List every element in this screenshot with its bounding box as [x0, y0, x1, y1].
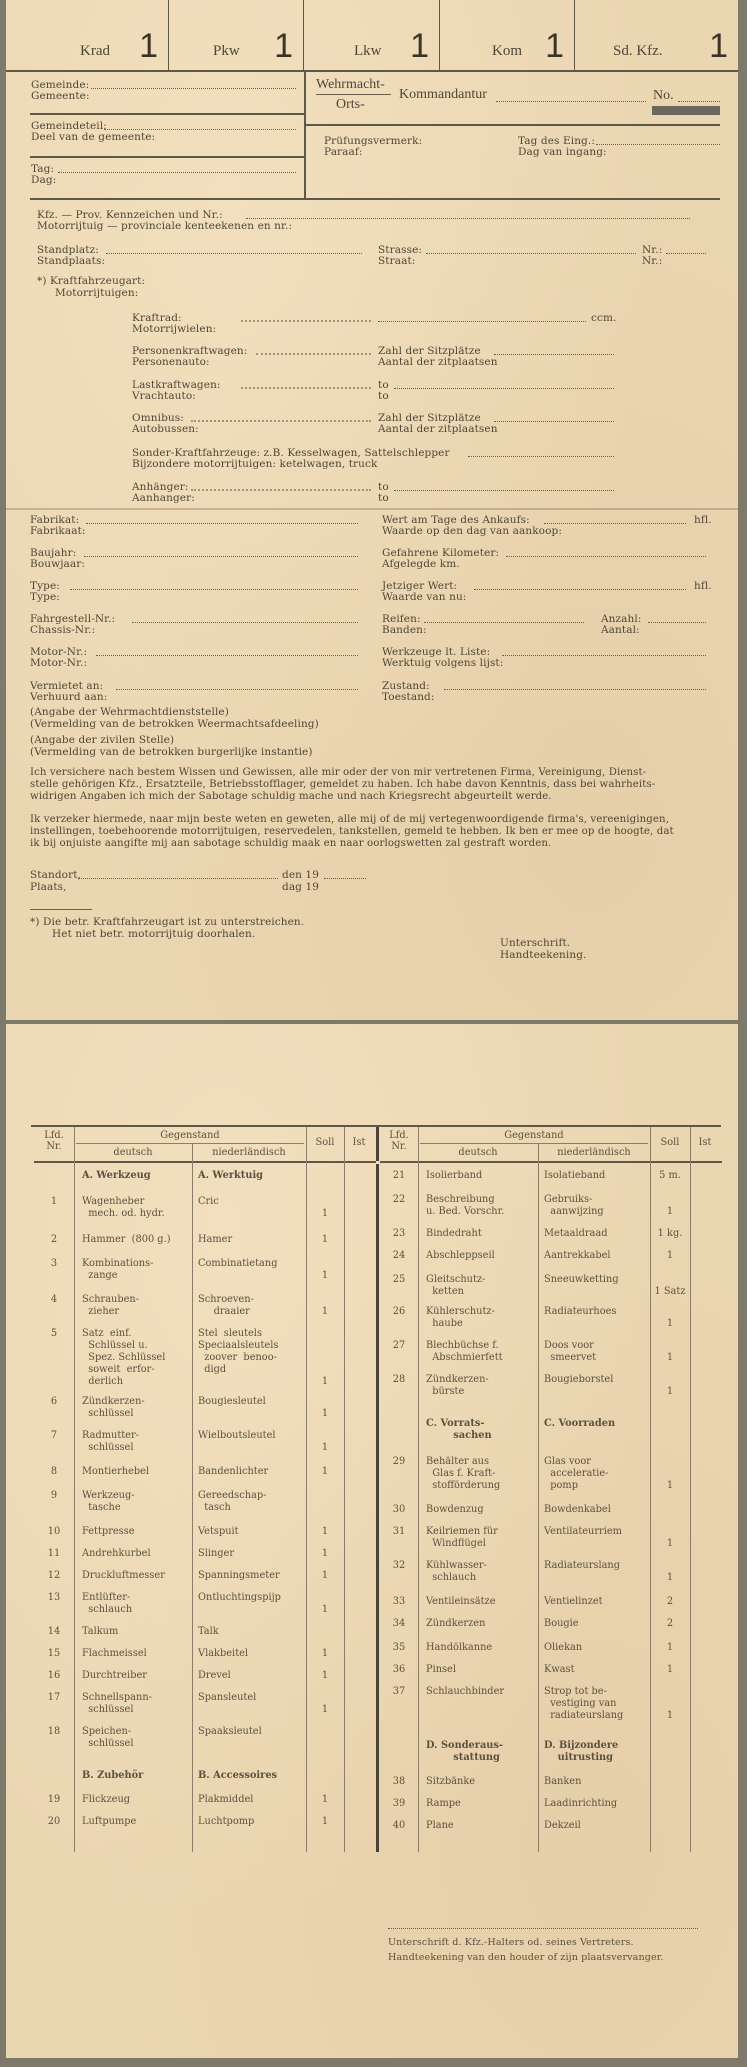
- soll-quantity[interactable]: 2: [650, 1596, 690, 1608]
- soll-quantity[interactable]: 5 m.: [650, 1170, 690, 1182]
- item-name-german: Bowdenzug: [426, 1504, 538, 1516]
- item-number: 16: [34, 1670, 74, 1682]
- vehicle-box-count[interactable]: 1: [545, 27, 564, 66]
- dag-van-ingang-label: Dag van ingang:: [518, 146, 607, 158]
- sonderkraftfahrzeuge-field[interactable]: [468, 456, 614, 457]
- item-number: 32: [380, 1560, 418, 1572]
- ist-quantity-cell[interactable]: [345, 1196, 375, 1220]
- ist-quantity-cell[interactable]: [691, 1374, 721, 1398]
- ist-quantity-cell[interactable]: [345, 1648, 375, 1660]
- strasse-field[interactable]: [426, 253, 636, 254]
- item-number: 20: [34, 1816, 74, 1828]
- zitplaatsen-label: Aantal der zitplaatsen: [378, 423, 498, 435]
- tag-field[interactable]: [58, 172, 296, 173]
- fold-line: [6, 508, 738, 510]
- item-name-german: Isolierband: [426, 1170, 538, 1182]
- soll-quantity[interactable]: 1: [306, 1234, 344, 1246]
- vrachtauto-label: Vrachtauto:: [132, 390, 196, 402]
- soll-quantity[interactable]: 1: [650, 1572, 690, 1584]
- table-center-divider: [376, 1127, 379, 1161]
- ist-quantity-cell[interactable]: [691, 1596, 721, 1608]
- soll-quantity[interactable]: 1: [306, 1704, 344, 1716]
- item-name-dutch: Metaaldraad: [544, 1228, 650, 1240]
- ist-quantity-cell[interactable]: [691, 1560, 721, 1584]
- vermietet-an-field[interactable]: [116, 689, 358, 690]
- ist-quantity-cell[interactable]: [691, 1340, 721, 1364]
- soll-quantity[interactable]: 1: [650, 1538, 690, 1550]
- header-subrule: [420, 1143, 648, 1144]
- waarde-aankoop-label: Waarde op den dag van aankoop:: [382, 525, 562, 537]
- vehicle-box-label: Sd. Kfz.: [613, 43, 663, 60]
- item-number: 25: [380, 1274, 418, 1286]
- item-name-german: Sitzbänke: [426, 1776, 538, 1788]
- item-name-german: Satz einf. Schlüssel u. Spez. Schlüssel …: [82, 1328, 192, 1388]
- item-name-dutch: Bougie: [544, 1618, 650, 1630]
- soll-quantity[interactable]: 1: [306, 1306, 344, 1318]
- leader-dots: [241, 387, 371, 389]
- declaration-line: instellingen, toebehoorende motorrijtuig…: [30, 826, 674, 838]
- plaats-label: Plaats,: [30, 881, 67, 893]
- soll-quantity[interactable]: 1: [306, 1670, 344, 1682]
- item-name-german: Keilriemen für Windflügel: [426, 1526, 538, 1550]
- item-name-german: Druckluftmesser: [82, 1570, 192, 1582]
- item-name-german: Schrauben- zieher: [82, 1294, 192, 1318]
- header-ist: Ist: [344, 1137, 374, 1148]
- item-name-dutch: Glas voor acceleratie- pomp: [544, 1456, 650, 1492]
- ist-quantity-cell[interactable]: [691, 1642, 721, 1654]
- ist-quantity-cell[interactable]: [345, 1770, 375, 1782]
- ist-quantity-cell[interactable]: [691, 1686, 721, 1722]
- ist-quantity-cell[interactable]: [345, 1816, 375, 1828]
- item-number: 36: [380, 1664, 418, 1676]
- halter-signature-label-de: Unterschrift d. Kfz.-Halters od. seines …: [388, 1937, 634, 1949]
- header-niederlaendisch: niederländisch: [538, 1147, 650, 1158]
- no-field[interactable]: [678, 101, 720, 102]
- ist-quantity-cell[interactable]: [345, 1570, 375, 1582]
- soll-quantity[interactable]: 1: [650, 1664, 690, 1676]
- header-niederlaendisch: niederländisch: [192, 1147, 306, 1158]
- aanhanger-label: Aanhanger:: [132, 492, 195, 504]
- ist-quantity-cell[interactable]: [691, 1504, 721, 1516]
- item-name-german: Rampe: [426, 1798, 538, 1810]
- item-name-dutch: B. Accessoires: [198, 1770, 306, 1782]
- soll-quantity[interactable]: 1: [650, 1642, 690, 1654]
- motor-nr-field[interactable]: [96, 655, 358, 656]
- ist-quantity-cell[interactable]: [345, 1170, 375, 1182]
- ist-quantity-cell[interactable]: [345, 1396, 375, 1420]
- soll-quantity[interactable]: 1: [306, 1604, 344, 1616]
- item-name-german: Zündkerzen- schlüssel: [82, 1396, 192, 1420]
- tonnage-label-nl: to: [378, 492, 389, 504]
- item-name-dutch: Laadinrichting: [544, 1798, 650, 1810]
- divider: [304, 124, 720, 126]
- item-name-german: Kühlerschutz- haube: [426, 1306, 538, 1330]
- ist-quantity-cell[interactable]: [345, 1258, 375, 1282]
- halter-signature-label-nl: Handteekening van den houder of zijn pla…: [388, 1952, 664, 1964]
- dag-label: dag 19: [282, 881, 319, 893]
- ist-quantity-cell[interactable]: [691, 1228, 721, 1240]
- header-bottom-rule: [34, 1161, 376, 1163]
- item-name-dutch: Aantrekkabel: [544, 1250, 650, 1262]
- item-name-dutch: D. Bijzondere uitrusting: [544, 1740, 650, 1764]
- item-number: 1: [34, 1196, 74, 1208]
- kommandantur-label: Kommandantur: [399, 87, 487, 103]
- table-center-divider: [376, 1164, 379, 1852]
- item-name-german: Beschreibung u. Bed. Vorschr.: [426, 1194, 538, 1218]
- item-number: 10: [34, 1526, 74, 1538]
- item-name-dutch: Vetspuit: [198, 1526, 306, 1538]
- declaration-line: widrigen Angaben ich mich der Sabotage s…: [30, 791, 552, 803]
- vehicle-box-count[interactable]: 1: [410, 27, 429, 66]
- vehicle-box-label: Lkw: [354, 43, 382, 60]
- soll-quantity[interactable]: 1: [306, 1526, 344, 1538]
- item-name-german: Durchtreiber: [82, 1670, 192, 1682]
- item-name-german: Radmutter- schlüssel: [82, 1430, 192, 1454]
- item-number: 2: [34, 1234, 74, 1246]
- vehicle-box-label: Pkw: [213, 43, 240, 60]
- afgelegde-km-label: Afgelegde km.: [382, 558, 460, 570]
- item-number: 9: [34, 1490, 74, 1502]
- item-name-german: Hammer (800 g.): [82, 1234, 192, 1246]
- item-number: 31: [380, 1526, 418, 1538]
- standort-field[interactable]: [78, 878, 278, 879]
- deel-gemeente-label: Deel van de gemeente:: [31, 131, 155, 143]
- toestand-label: Toestand:: [382, 691, 435, 703]
- item-number: 5: [34, 1328, 74, 1340]
- item-number: 15: [34, 1648, 74, 1660]
- divider: [30, 198, 720, 200]
- dag-label: Dag:: [31, 174, 56, 186]
- tool-rows-right: 21IsolierbandIsolatieband5 m.22Beschreib…: [380, 1170, 720, 1850]
- vehicle-box-label: Krad: [80, 43, 110, 60]
- soll-quantity[interactable]: 1: [306, 1816, 344, 1828]
- header-subrule: [76, 1143, 304, 1144]
- soll-quantity[interactable]: 1: [650, 1480, 690, 1492]
- soll-quantity[interactable]: 1 kg.: [650, 1228, 690, 1240]
- registration-form-page-2-tool-list: Lfd. Nr. Gegenstand deutsch niederländis…: [6, 1024, 738, 2058]
- item-number: 39: [380, 1798, 418, 1810]
- item-name-dutch: Bandenlichter: [198, 1466, 306, 1478]
- item-name-dutch: Sneeuwketting: [544, 1274, 650, 1286]
- standplatz-field[interactable]: [106, 253, 362, 254]
- item-name-german: Schnellspann- schlüssel: [82, 1692, 192, 1716]
- angabe-wehrmacht-de: (Angabe der Wehrmachtdienststelle): [30, 706, 229, 718]
- item-name-dutch: Drevel: [198, 1670, 306, 1682]
- wehrmacht-label: Wehrmacht-: [316, 77, 385, 93]
- ist-quantity-cell[interactable]: [691, 1418, 721, 1442]
- sitzplaetze-field[interactable]: [494, 421, 614, 422]
- gefahrene-km-field[interactable]: [506, 556, 706, 557]
- ist-quantity-cell[interactable]: [345, 1328, 375, 1388]
- tag-des-eingangs-field[interactable]: [596, 144, 720, 145]
- gemeente-label: Gemeente:: [31, 90, 90, 102]
- item-name-dutch: Combinatietang: [198, 1258, 306, 1270]
- bijzondere-motorrijtuigen-label: Bijzondere motorrijtuigen: ketelwagen, t…: [132, 458, 377, 470]
- halter-signature-field[interactable]: [388, 1928, 698, 1929]
- item-number: 18: [34, 1726, 74, 1738]
- soll-quantity[interactable]: 1: [306, 1466, 344, 1478]
- ist-quantity-cell[interactable]: [691, 1194, 721, 1218]
- item-name-dutch: Doos voor smeervet: [544, 1340, 650, 1364]
- item-number: 23: [380, 1228, 418, 1240]
- item-number: 7: [34, 1430, 74, 1442]
- header-ist: Ist: [690, 1137, 720, 1148]
- verhuurd-aan-label: Verhuurd aan:: [30, 691, 107, 703]
- angabe-wehrmacht-nl: (Vermelding van de betrokken Weermachtsa…: [30, 718, 319, 730]
- ist-quantity-cell[interactable]: [345, 1490, 375, 1514]
- hfl-unit: hfl.: [694, 580, 712, 592]
- item-name-german: Flachmeissel: [82, 1648, 192, 1660]
- soll-quantity[interactable]: 1: [306, 1570, 344, 1582]
- item-number: 13: [34, 1592, 74, 1604]
- item-name-dutch: Kwast: [544, 1664, 650, 1676]
- gemeinde-field[interactable]: [91, 88, 296, 89]
- item-name-dutch: Radiateurslang: [544, 1560, 650, 1572]
- ist-quantity-cell[interactable]: [345, 1592, 375, 1616]
- ist-quantity-cell[interactable]: [345, 1794, 375, 1806]
- ist-quantity-cell[interactable]: [691, 1776, 721, 1788]
- soll-quantity[interactable]: 1: [306, 1548, 344, 1560]
- header-gegenstand: Gegenstand: [74, 1130, 306, 1141]
- item-name-dutch: Spaaksleutel: [198, 1726, 306, 1738]
- item-name-dutch: A. Werktuig: [198, 1170, 306, 1182]
- vehicle-box-count[interactable]: 1: [709, 27, 728, 66]
- vehicle-category-row: Krad 1 Pkw 1 Lkw 1 Kom 1 Sd. Kfz. 1: [6, 0, 738, 72]
- handteekening-label: Handteekening.: [500, 949, 586, 961]
- item-name-german: Plane: [426, 1820, 538, 1832]
- declaration-line: ik bij onjuiste aangifte mij aan sabotag…: [30, 838, 551, 850]
- item-name-german: Montierhebel: [82, 1466, 192, 1478]
- item-name-german: Abschleppseil: [426, 1250, 538, 1262]
- item-name-dutch: Luchtpomp: [198, 1816, 306, 1828]
- item-number: 35: [380, 1642, 418, 1654]
- ist-quantity-cell[interactable]: [691, 1740, 721, 1764]
- soll-quantity[interactable]: 1 Satz: [650, 1286, 690, 1298]
- item-number: 37: [380, 1686, 418, 1698]
- ist-quantity-cell[interactable]: [345, 1626, 375, 1638]
- kommandantur-field[interactable]: [496, 101, 646, 102]
- jetziger-wert-field[interactable]: [474, 589, 686, 590]
- item-name-german: Speichen- schlüssel: [82, 1726, 192, 1750]
- baujahr-field[interactable]: [84, 556, 358, 557]
- header-divider: [304, 72, 306, 200]
- ist-quantity-cell[interactable]: [691, 1170, 721, 1182]
- item-number: 40: [380, 1820, 418, 1832]
- motor-nr-label-nl: Motor-Nr.:: [30, 657, 87, 669]
- item-name-german: Zündkerzen- bürste: [426, 1374, 538, 1398]
- soll-quantity[interactable]: 1: [306, 1442, 344, 1454]
- soll-quantity[interactable]: 1: [650, 1352, 690, 1364]
- ist-quantity-cell[interactable]: [691, 1526, 721, 1550]
- soll-quantity[interactable]: 1: [306, 1270, 344, 1282]
- werktuig-lijst-label: Werktuig volgens lijst:: [382, 657, 503, 669]
- straat-label: Straat:: [378, 255, 415, 267]
- ccm-unit: ccm.: [591, 312, 616, 324]
- redacted-number: [652, 106, 720, 115]
- soll-quantity[interactable]: 1: [650, 1318, 690, 1330]
- ist-quantity-cell[interactable]: [691, 1820, 721, 1832]
- ist-quantity-cell[interactable]: [345, 1234, 375, 1246]
- item-name-german: Zündkerzen: [426, 1618, 538, 1630]
- personenauto-label: Personenauto:: [132, 356, 210, 368]
- werkzeuge-liste-field[interactable]: [502, 655, 706, 656]
- ist-quantity-cell[interactable]: [691, 1618, 721, 1630]
- soll-quantity[interactable]: 1: [650, 1206, 690, 1218]
- item-name-dutch: Isolatieband: [544, 1170, 650, 1182]
- soll-quantity[interactable]: 1: [306, 1376, 344, 1388]
- divider: [30, 113, 304, 115]
- reifen-field[interactable]: [424, 622, 584, 623]
- item-name-german: Wagenheber mech. od. hydr.: [82, 1196, 192, 1220]
- ist-quantity-cell[interactable]: [345, 1670, 375, 1682]
- header-deutsch: deutsch: [418, 1147, 538, 1158]
- item-name-german: Blechbüchse f. Abschmierfett: [426, 1340, 538, 1364]
- item-name-dutch: Bougiesleutel: [198, 1396, 306, 1408]
- hausnummer-field[interactable]: [666, 253, 706, 254]
- ist-quantity-cell[interactable]: [345, 1726, 375, 1750]
- jahr-field[interactable]: [324, 878, 366, 879]
- gemeindeteil-field[interactable]: [104, 129, 296, 130]
- angabe-zivil-nl: (Vermelding van de betrokken burgerlijke…: [30, 746, 313, 758]
- item-number: 30: [380, 1504, 418, 1516]
- anzahl-field[interactable]: [648, 622, 706, 623]
- item-name-german: C. Vorrats- sachen: [426, 1418, 538, 1442]
- soll-quantity[interactable]: 1: [650, 1250, 690, 1262]
- tonnage-label-nl: to: [378, 390, 389, 402]
- zitplaatsen-label: Aantal der zitplaatsen: [378, 356, 498, 368]
- vehicle-box-label: Kom: [492, 43, 522, 60]
- leader-dots: [191, 420, 371, 422]
- soll-quantity[interactable]: 1: [306, 1208, 344, 1220]
- zustand-field[interactable]: [444, 689, 706, 690]
- kfz-kennzeichen-field[interactable]: [246, 218, 690, 219]
- ccm-field[interactable]: [378, 321, 586, 322]
- item-name-german: D. Sonderaus- stattung: [426, 1740, 538, 1764]
- item-name-dutch: Bowdenkabel: [544, 1504, 650, 1516]
- motorrijtuig-kenteeken-label: Motorrijtuig — provinciale kenteekenen e…: [37, 220, 292, 232]
- ist-quantity-cell[interactable]: [345, 1692, 375, 1716]
- footnote-de: *) Die betr. Kraftfahrzeugart ist zu unt…: [30, 916, 304, 928]
- ist-quantity-cell[interactable]: [345, 1526, 375, 1538]
- item-name-dutch: Bougieborstel: [544, 1374, 650, 1386]
- item-number: 14: [34, 1626, 74, 1638]
- item-name-dutch: Ventilateurriem: [544, 1526, 650, 1538]
- item-name-german: Andrehkurbel: [82, 1548, 192, 1560]
- ist-quantity-cell[interactable]: [691, 1798, 721, 1810]
- header-bottom-rule: [380, 1161, 722, 1163]
- item-name-german: Luftpumpe: [82, 1816, 192, 1828]
- item-name-german: Handölkanne: [426, 1642, 538, 1654]
- item-number: 26: [380, 1306, 418, 1318]
- ist-quantity-cell[interactable]: [345, 1548, 375, 1560]
- item-name-dutch: Ontluchtingspijp: [198, 1592, 306, 1604]
- item-name-german: Fettpresse: [82, 1526, 192, 1538]
- item-name-dutch: Radiateurhoes: [544, 1306, 650, 1318]
- item-number: 38: [380, 1776, 418, 1788]
- item-number: 33: [380, 1596, 418, 1608]
- item-number: 8: [34, 1466, 74, 1478]
- item-number: 29: [380, 1456, 418, 1468]
- hfl-unit: hfl.: [694, 514, 712, 526]
- header-nr: Nr.: [34, 1141, 74, 1152]
- no-label: No.: [653, 88, 674, 104]
- item-name-german: Ventileinsätze: [426, 1596, 538, 1608]
- item-name-german: Entlüfter- schlauch: [82, 1592, 192, 1616]
- header-lfd: Lfd.: [34, 1130, 74, 1141]
- header-soll: Soll: [650, 1137, 690, 1148]
- soll-quantity[interactable]: 1: [306, 1794, 344, 1806]
- tonnage-field[interactable]: [394, 388, 614, 389]
- sitzplaetze-field[interactable]: [494, 354, 614, 355]
- item-name-german: Kombinations- zange: [82, 1258, 192, 1282]
- ist-quantity-cell[interactable]: [691, 1456, 721, 1492]
- soll-quantity[interactable]: 1: [650, 1710, 690, 1722]
- unterschrift-label: Unterschrift.: [500, 937, 570, 949]
- vehicle-box-sd-kfz: Sd. Kfz. 1: [575, 0, 738, 70]
- ist-quantity-cell[interactable]: [345, 1294, 375, 1318]
- vehicle-box-krad: Krad 1: [6, 0, 169, 70]
- registration-form-page-1: Krad 1 Pkw 1 Lkw 1 Kom 1 Sd. Kfz. 1 Geme…: [6, 0, 738, 1020]
- type-field[interactable]: [70, 589, 358, 590]
- item-name-german: Kühlwasser- schlauch: [426, 1560, 538, 1584]
- vehicle-box-lkw: Lkw 1: [304, 0, 440, 70]
- item-number: 28: [380, 1374, 418, 1386]
- soll-quantity[interactable]: 2: [650, 1618, 690, 1630]
- kraftfahrzeugart-label: *) Kraftfahrzeugart:: [37, 275, 145, 287]
- ist-quantity-cell[interactable]: [691, 1274, 721, 1298]
- item-number: 4: [34, 1294, 74, 1306]
- vehicle-box-kom: Kom 1: [440, 0, 575, 70]
- item-name-dutch: Cric: [198, 1196, 306, 1208]
- item-name-dutch: Banken: [544, 1776, 650, 1788]
- header-lfd: Lfd.: [380, 1130, 418, 1141]
- item-name-german: Behälter aus Glas f. Kraft- stofförderun…: [426, 1456, 538, 1492]
- tool-table-right: Lfd. Nr. Gegenstand deutsch niederländis…: [380, 1127, 720, 1847]
- soll-quantity[interactable]: 1: [306, 1648, 344, 1660]
- motorrijwielen-label: Motorrijwielen:: [132, 323, 216, 335]
- leader-dots: [191, 489, 371, 491]
- leader-dots: [241, 320, 371, 322]
- item-name-german: Schlauchbinder: [426, 1686, 538, 1698]
- nr-label: Nr.:: [642, 255, 662, 267]
- ist-quantity-cell[interactable]: [691, 1664, 721, 1676]
- item-name-dutch: Spansleutel: [198, 1692, 306, 1704]
- fraction-line: [316, 94, 391, 95]
- wert-ankauf-field[interactable]: [544, 523, 686, 524]
- item-name-german: B. Zubehör: [82, 1770, 192, 1782]
- soll-quantity[interactable]: 1: [306, 1408, 344, 1420]
- vehicle-box-count[interactable]: 1: [274, 27, 293, 66]
- ist-quantity-cell[interactable]: [691, 1250, 721, 1262]
- item-name-dutch: Schroeven- draaier: [198, 1294, 306, 1318]
- tonnage-field[interactable]: [394, 490, 614, 491]
- datum-label: den 19: [282, 869, 319, 881]
- fahrgestell-nr-field[interactable]: [132, 622, 358, 623]
- soll-quantity[interactable]: 1: [650, 1386, 690, 1398]
- fabrikat-field[interactable]: [86, 523, 358, 524]
- standplaats-label: Standplaats:: [37, 255, 105, 267]
- ist-quantity-cell[interactable]: [691, 1306, 721, 1330]
- footnote-rule: [30, 909, 92, 910]
- ist-quantity-cell[interactable]: [345, 1466, 375, 1478]
- ist-quantity-cell[interactable]: [345, 1430, 375, 1454]
- item-name-dutch: Talk: [198, 1626, 306, 1638]
- item-number: 3: [34, 1258, 74, 1270]
- item-name-dutch: Oliekan: [544, 1642, 650, 1654]
- item-name-dutch: C. Voorraden: [544, 1418, 650, 1430]
- vehicle-box-count[interactable]: 1: [139, 27, 158, 66]
- type-label-nl: Type:: [30, 591, 60, 603]
